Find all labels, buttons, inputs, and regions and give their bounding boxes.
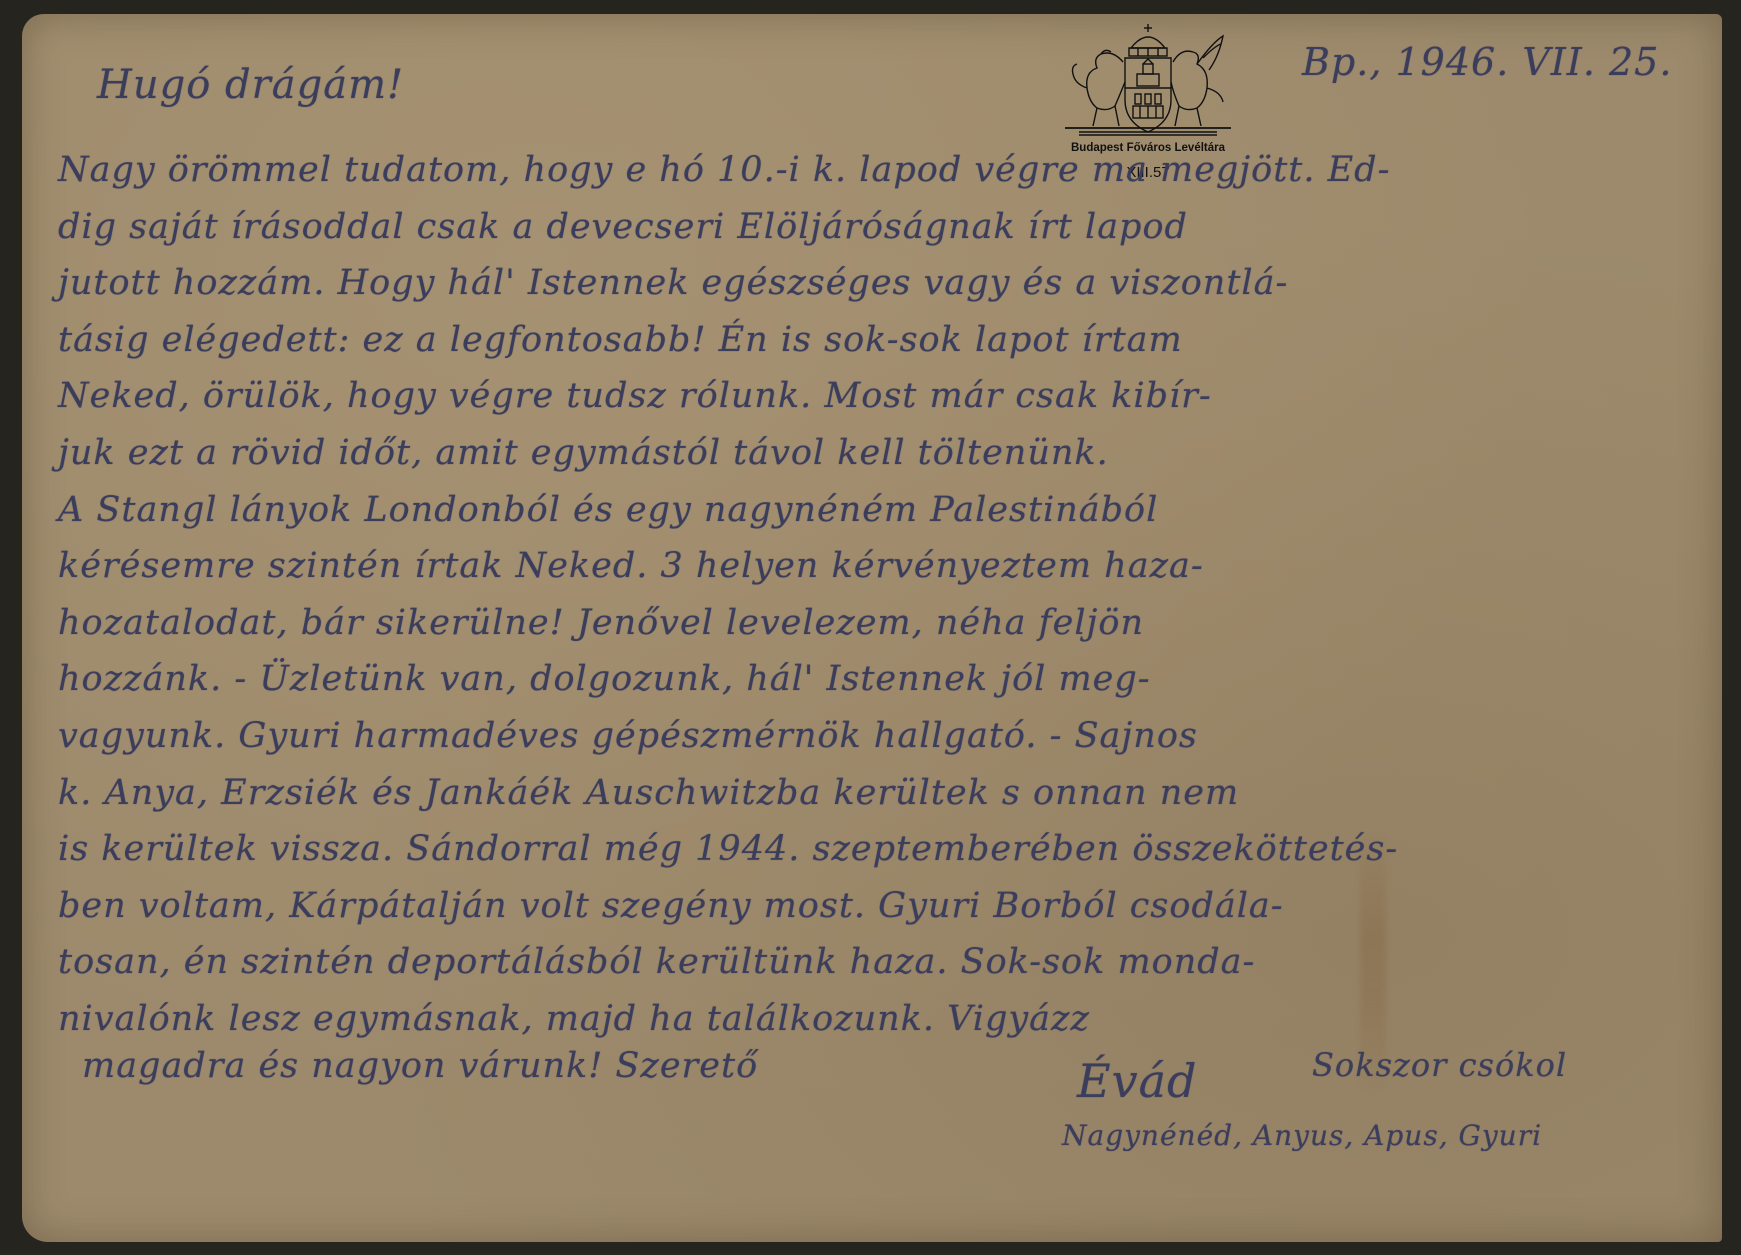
letter-line: dig saját írásoddal csak a devecseri Elö…	[58, 199, 1718, 256]
letter-place-date: Bp., 1946. VII. 25.	[1302, 40, 1672, 84]
letter-line: jutott hozzám. Hogy hál' Istennek egészs…	[58, 255, 1718, 312]
letter-line: nivalónk lesz egymásnak, majd ha találko…	[58, 991, 1718, 1048]
letter-line: ben voltam, Kárpátalján volt szegény mos…	[58, 878, 1718, 935]
letter-signature: Évád	[1077, 1054, 1197, 1108]
letter-line: juk ezt a rövid időt, amit egymástól táv…	[58, 425, 1718, 482]
document-scan: Hugó drágám! Bp., 1946. VII. 25.	[0, 0, 1741, 1255]
letter-closing: magadra és nagyon várunk! Szerető	[82, 1046, 758, 1086]
letter-postscript: Sokszor csókol	[1312, 1046, 1567, 1084]
letter-line: tosan, én szintén deportálásból kerültün…	[58, 934, 1718, 991]
letter-line: is kerültek vissza. Sándorral még 1944. …	[58, 821, 1718, 878]
letter-line: Neked, örülök, hogy végre tudsz rólunk. …	[58, 368, 1718, 425]
letter-line: k. Anya, Erzsiék és Jankáék Auschwitzba …	[58, 765, 1718, 822]
letter-body: Nagy örömmel tudatom, hogy e hó 10.-i k.…	[58, 142, 1718, 1048]
letter-line: tásig elégedett: ez a legfontosabb! Én i…	[58, 312, 1718, 369]
letter-line: Nagy örömmel tudatom, hogy e hó 10.-i k.…	[58, 142, 1718, 199]
budapest-coat-of-arms-icon	[1063, 22, 1233, 137]
letter-line: vagyunk. Gyuri harmadéves gépészmérnök h…	[58, 708, 1718, 765]
letter-greeting: Hugó drágám!	[97, 62, 404, 108]
postcard-paper: Hugó drágám! Bp., 1946. VII. 25.	[22, 14, 1722, 1242]
letter-postscript-names: Nagynénéd, Anyus, Apus, Gyuri	[1062, 1119, 1542, 1152]
letter-line: kérésemre szintén írtak Neked. 3 helyen …	[58, 538, 1718, 595]
letter-line: hozatalodat, bár sikerülne! Jenővel leve…	[58, 595, 1718, 652]
letter-line: hozzánk. - Üzletünk van, dolgozunk, hál'…	[58, 651, 1718, 708]
letter-line: A Stangl lányok Londonból és egy nagynén…	[58, 482, 1718, 539]
